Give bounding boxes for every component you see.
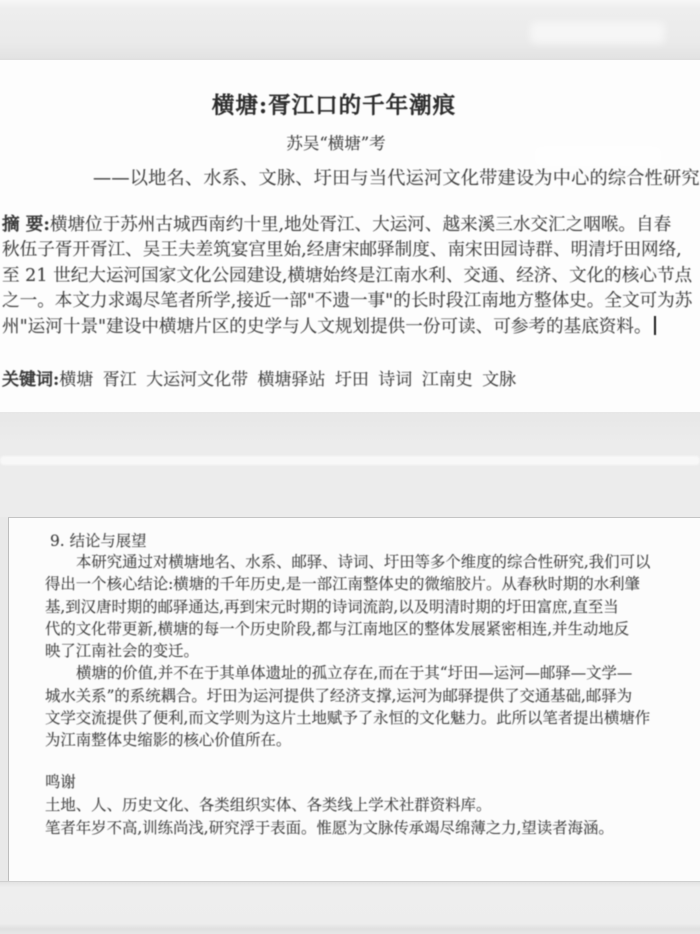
- body-line: 文学交流提供了便利,而文学则为这片土地赋予了永恒的文化魅力。此所以笔者提出横塘作: [45, 707, 650, 729]
- abstract-line: 州"运河十景"建设中横塘片区的史学与人文规划提供一份可读、可参考的基底资料。: [2, 315, 692, 340]
- acknowledgements-line: 笔者年岁不高,训练尚浅,研究浮于表面。惟愿为文脉传承竭尽绵薄之力,望读者海涵。: [45, 817, 614, 840]
- window-top-band: [0, 0, 700, 60]
- document-page-2[interactable]: 9. 结论与展望 本研究通过对横塘地名、水系、邮驿、诗词、圩田等多个维度的综合性…: [8, 517, 700, 881]
- acknowledgements-heading: 鸣谢: [45, 771, 614, 794]
- abstract-label: 摘 要:: [2, 214, 50, 235]
- body-line: 城水关系”的系统耦合。圩田为运河提供了经济支撑,运河为邮驿提供了交通基础,邮驿为: [45, 685, 650, 707]
- body-line: 基,到汉唐时期的邮驿通达,再到宋元时期的诗词流韵,以及明清时期的圩田富庶,直至当: [45, 596, 650, 618]
- abstract-line: 摘 要:横塘位于苏州古城西南约十里,地处胥江、大运河、越来溪三水交汇之咽喉。自春: [2, 212, 692, 238]
- body-line: 本研究通过对横塘地名、水系、邮驿、诗词、圩田等多个维度的综合性研究,我们可以: [45, 551, 650, 573]
- keywords-text: 横塘 胥江 大运河文化带 横塘驿站 圩田 诗词 江南史 文脉: [59, 370, 516, 390]
- document-subtitle: 苏吴“横塘”考: [0, 130, 672, 154]
- conclusion-body: 本研究通过对横塘地名、水系、邮驿、诗词、圩田等多个维度的综合性研究,我们可以 得…: [45, 551, 650, 752]
- keywords-label: 关键词:: [2, 370, 59, 390]
- body-line: 横塘的价值,并不在于其单体遗址的孤立存在,而在于其“圩田—运河—邮驿—文学—: [45, 662, 650, 684]
- page-gap-band: [0, 412, 700, 517]
- keywords-line: 关键词:横塘 胥江 大运河文化带 横塘驿站 圩田 诗词 江南史 文脉: [2, 365, 516, 390]
- page-margin-strip: [0, 517, 8, 881]
- window-bottom-band: [0, 881, 700, 934]
- acknowledgements: 鸣谢 土地、人、历史文化、各类组织实体、各类线上学术社群资料库。 笔者年岁不高,…: [45, 771, 614, 839]
- document-subtitle-secondary: ——以地名、水系、文脉、圩田与当代运河文化带建设为中心的综合性研究: [93, 164, 700, 190]
- document-title: 横塘:胥江口的千年潮痕: [0, 88, 668, 120]
- body-line: 得出一个核心结论:横塘的千年历史,是一部江南整体史的微缩胶片。从春秋时期的水利肇: [45, 573, 650, 595]
- abstract-line: 之一。本文力求竭尽笔者所学,接近一部"不遗一事"的长时段江南地方整体史。全文可为…: [2, 289, 692, 314]
- section-heading: 9. 结论与展望: [50, 529, 147, 551]
- body-line: 映了江南社会的变迁。: [45, 640, 650, 662]
- body-line: 为江南整体史缩影的核心价值所在。: [45, 729, 650, 751]
- abstract-line: 至 21 世纪大运河国家文化公园建设,横塘始终是江南水利、交通、经济、文化的核心…: [2, 264, 692, 289]
- scan-artifact: [530, 22, 665, 44]
- acknowledgements-line: 土地、人、历史文化、各类组织实体、各类线上学术社群资料库。: [45, 794, 614, 817]
- page-gap-seam: [0, 456, 700, 465]
- abstract-paragraph: 摘 要:横塘位于苏州古城西南约十里,地处胥江、大运河、越来溪三水交汇之咽喉。自春…: [2, 212, 692, 340]
- document-page-1[interactable]: 横塘:胥江口的千年潮痕 苏吴“横塘”考 ——以地名、水系、文脉、圩田与当代运河文…: [0, 60, 700, 412]
- text-cursor: [654, 316, 656, 335]
- body-line: 代的文化带更新,横塘的每一个历史阶段,都与江南地区的整体发展紧密相连,并生动地反: [45, 618, 650, 640]
- abstract-line: 秋伍子胥开胥江、吴王夫差筑宴宫里始,经唐宋邮驿制度、南宋田园诗群、明清圩田网络,: [2, 238, 692, 263]
